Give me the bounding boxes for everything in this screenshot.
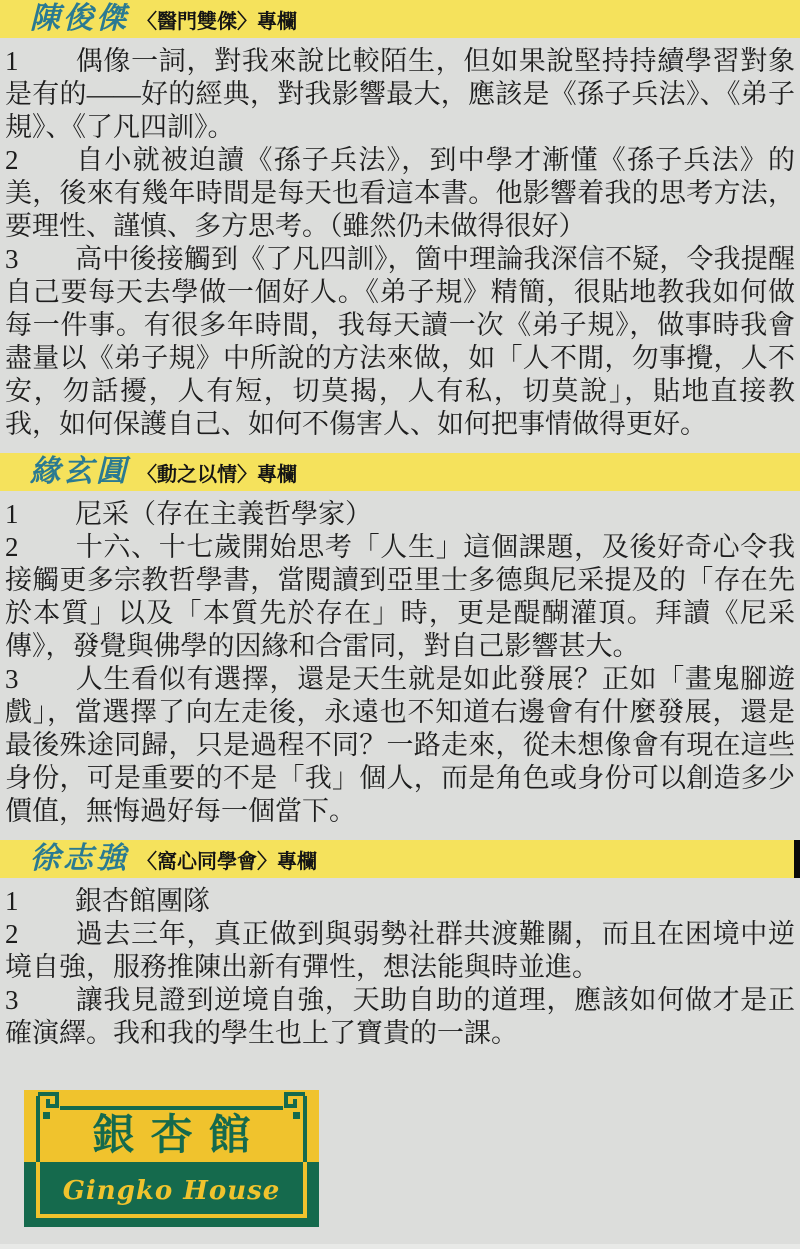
paragraph-text: 自小就被迫讀《孫子兵法》，到中學才漸懂《孫子兵法》的美，後來有幾年時間是每天也看… [5,145,795,241]
paragraph: 3讓我見證到逆境自強，天助自助的道理，應該如何做才是正確演繹。我和我的學生也上了… [5,984,795,1050]
paragraph-text: 十六、十七歲開始思考「人生」這個課題，及後好奇心令我接觸更多宗教哲學書，當閱讀到… [5,532,795,661]
paragraph-number: 2 [5,531,75,564]
section-body-1: 1偶像一詞，對我來說比較陌生，但如果說堅持持續學習對象是有的——好的經典，對我影… [0,38,800,453]
logo-cjk-text: 銀杏館 [92,1114,266,1158]
page-bottom-strip [0,1244,800,1249]
paragraph: 3人生看似有選擇，還是天生就是如此發展？正如「畫鬼腳遊戲」，當選擇了向左走後，永… [5,663,795,828]
column-title-1: 〈醫門雙傑〉專欄 [137,5,297,34]
paragraph-number: 3 [5,984,75,1017]
section-body-2: 1尼采（存在主義哲學家） 2十六、十七歲開始思考「人生」這個課題，及後好奇心令我… [0,491,800,840]
paragraph: 2過去三年，真正做到與弱勢社群共渡難關，而且在困境中逆境自強，服務推陳出新有彈性… [5,918,795,984]
section-body-3: 1銀杏館團隊 2過去三年，真正做到與弱勢社群共渡難關，而且在困境中逆境自強，服務… [0,878,800,1062]
page-edge-mark [794,840,800,878]
logo-top-panel: 銀杏館 [24,1090,319,1162]
gingko-house-logo: 銀杏館 Gingko House [24,1090,319,1227]
section-header-1: 陳俊傑 〈醫門雙傑〉專欄 [0,0,800,38]
paragraph: 2十六、十七歲開始思考「人生」這個課題，及後好奇心令我接觸更多宗教哲學書，當閱讀… [5,531,795,663]
column-title-2: 〈動之以情〉專欄 [137,458,297,487]
paragraph-text: 尼采（存在主義哲學家） [75,499,372,529]
column-title-3: 〈窩心同學會〉專欄 [137,845,317,874]
paragraph-number: 1 [5,45,75,78]
logo-bottom-panel: Gingko House [24,1162,319,1227]
paragraph-text: 高中後接觸到《了凡四訓》，箇中理論我深信不疑，令我提醒自己要每天去學做一個好人。… [5,244,795,439]
paragraph: 1尼采（存在主義哲學家） [5,498,795,531]
paragraph-text: 銀杏館團隊 [75,886,210,916]
paragraph-text: 人生看似有選擇，還是天生就是如此發展？正如「畫鬼腳遊戲」，當選擇了向左走後，永遠… [5,664,795,826]
paragraph: 1偶像一詞，對我來說比較陌生，但如果說堅持持續學習對象是有的——好的經典，對我影… [5,45,795,144]
paragraph-number: 1 [5,498,75,531]
paragraph-number: 3 [5,663,75,696]
paragraph-number: 3 [5,243,75,276]
paragraph: 3高中後接觸到《了凡四訓》，箇中理論我深信不疑，令我提醒自己要每天去學做一個好人… [5,243,795,441]
paragraph-text: 偶像一詞，對我來說比較陌生，但如果說堅持持續學習對象是有的——好的經典，對我影響… [5,46,795,142]
paragraph-text: 讓我見證到逆境自強，天助自助的道理，應該如何做才是正確演繹。我和我的學生也上了寶… [5,985,795,1048]
paragraph-number: 1 [5,885,75,918]
paragraph-text: 過去三年，真正做到與弱勢社群共渡難關，而且在困境中逆境自強，服務推陳出新有彈性，… [5,919,795,982]
paragraph: 2自小就被迫讀《孫子兵法》，到中學才漸懂《孫子兵法》的美，後來有幾年時間是每天也… [5,144,795,243]
section-header-3: 徐志強 〈窩心同學會〉專欄 [0,840,800,878]
author-name-3: 徐志強 [30,840,129,878]
page: 陳俊傑 〈醫門雙傑〉專欄 1偶像一詞，對我來說比較陌生，但如果說堅持持續學習對象… [0,0,800,1249]
paragraph: 1銀杏館團隊 [5,885,795,918]
paragraph-number: 2 [5,144,75,177]
logo-latin-text: Gingko House [63,1176,281,1214]
author-name-1: 陳俊傑 [30,0,129,38]
author-name-2: 緣玄圓 [30,453,129,491]
section-header-2: 緣玄圓 〈動之以情〉專欄 [0,453,800,491]
paragraph-number: 2 [5,918,75,951]
